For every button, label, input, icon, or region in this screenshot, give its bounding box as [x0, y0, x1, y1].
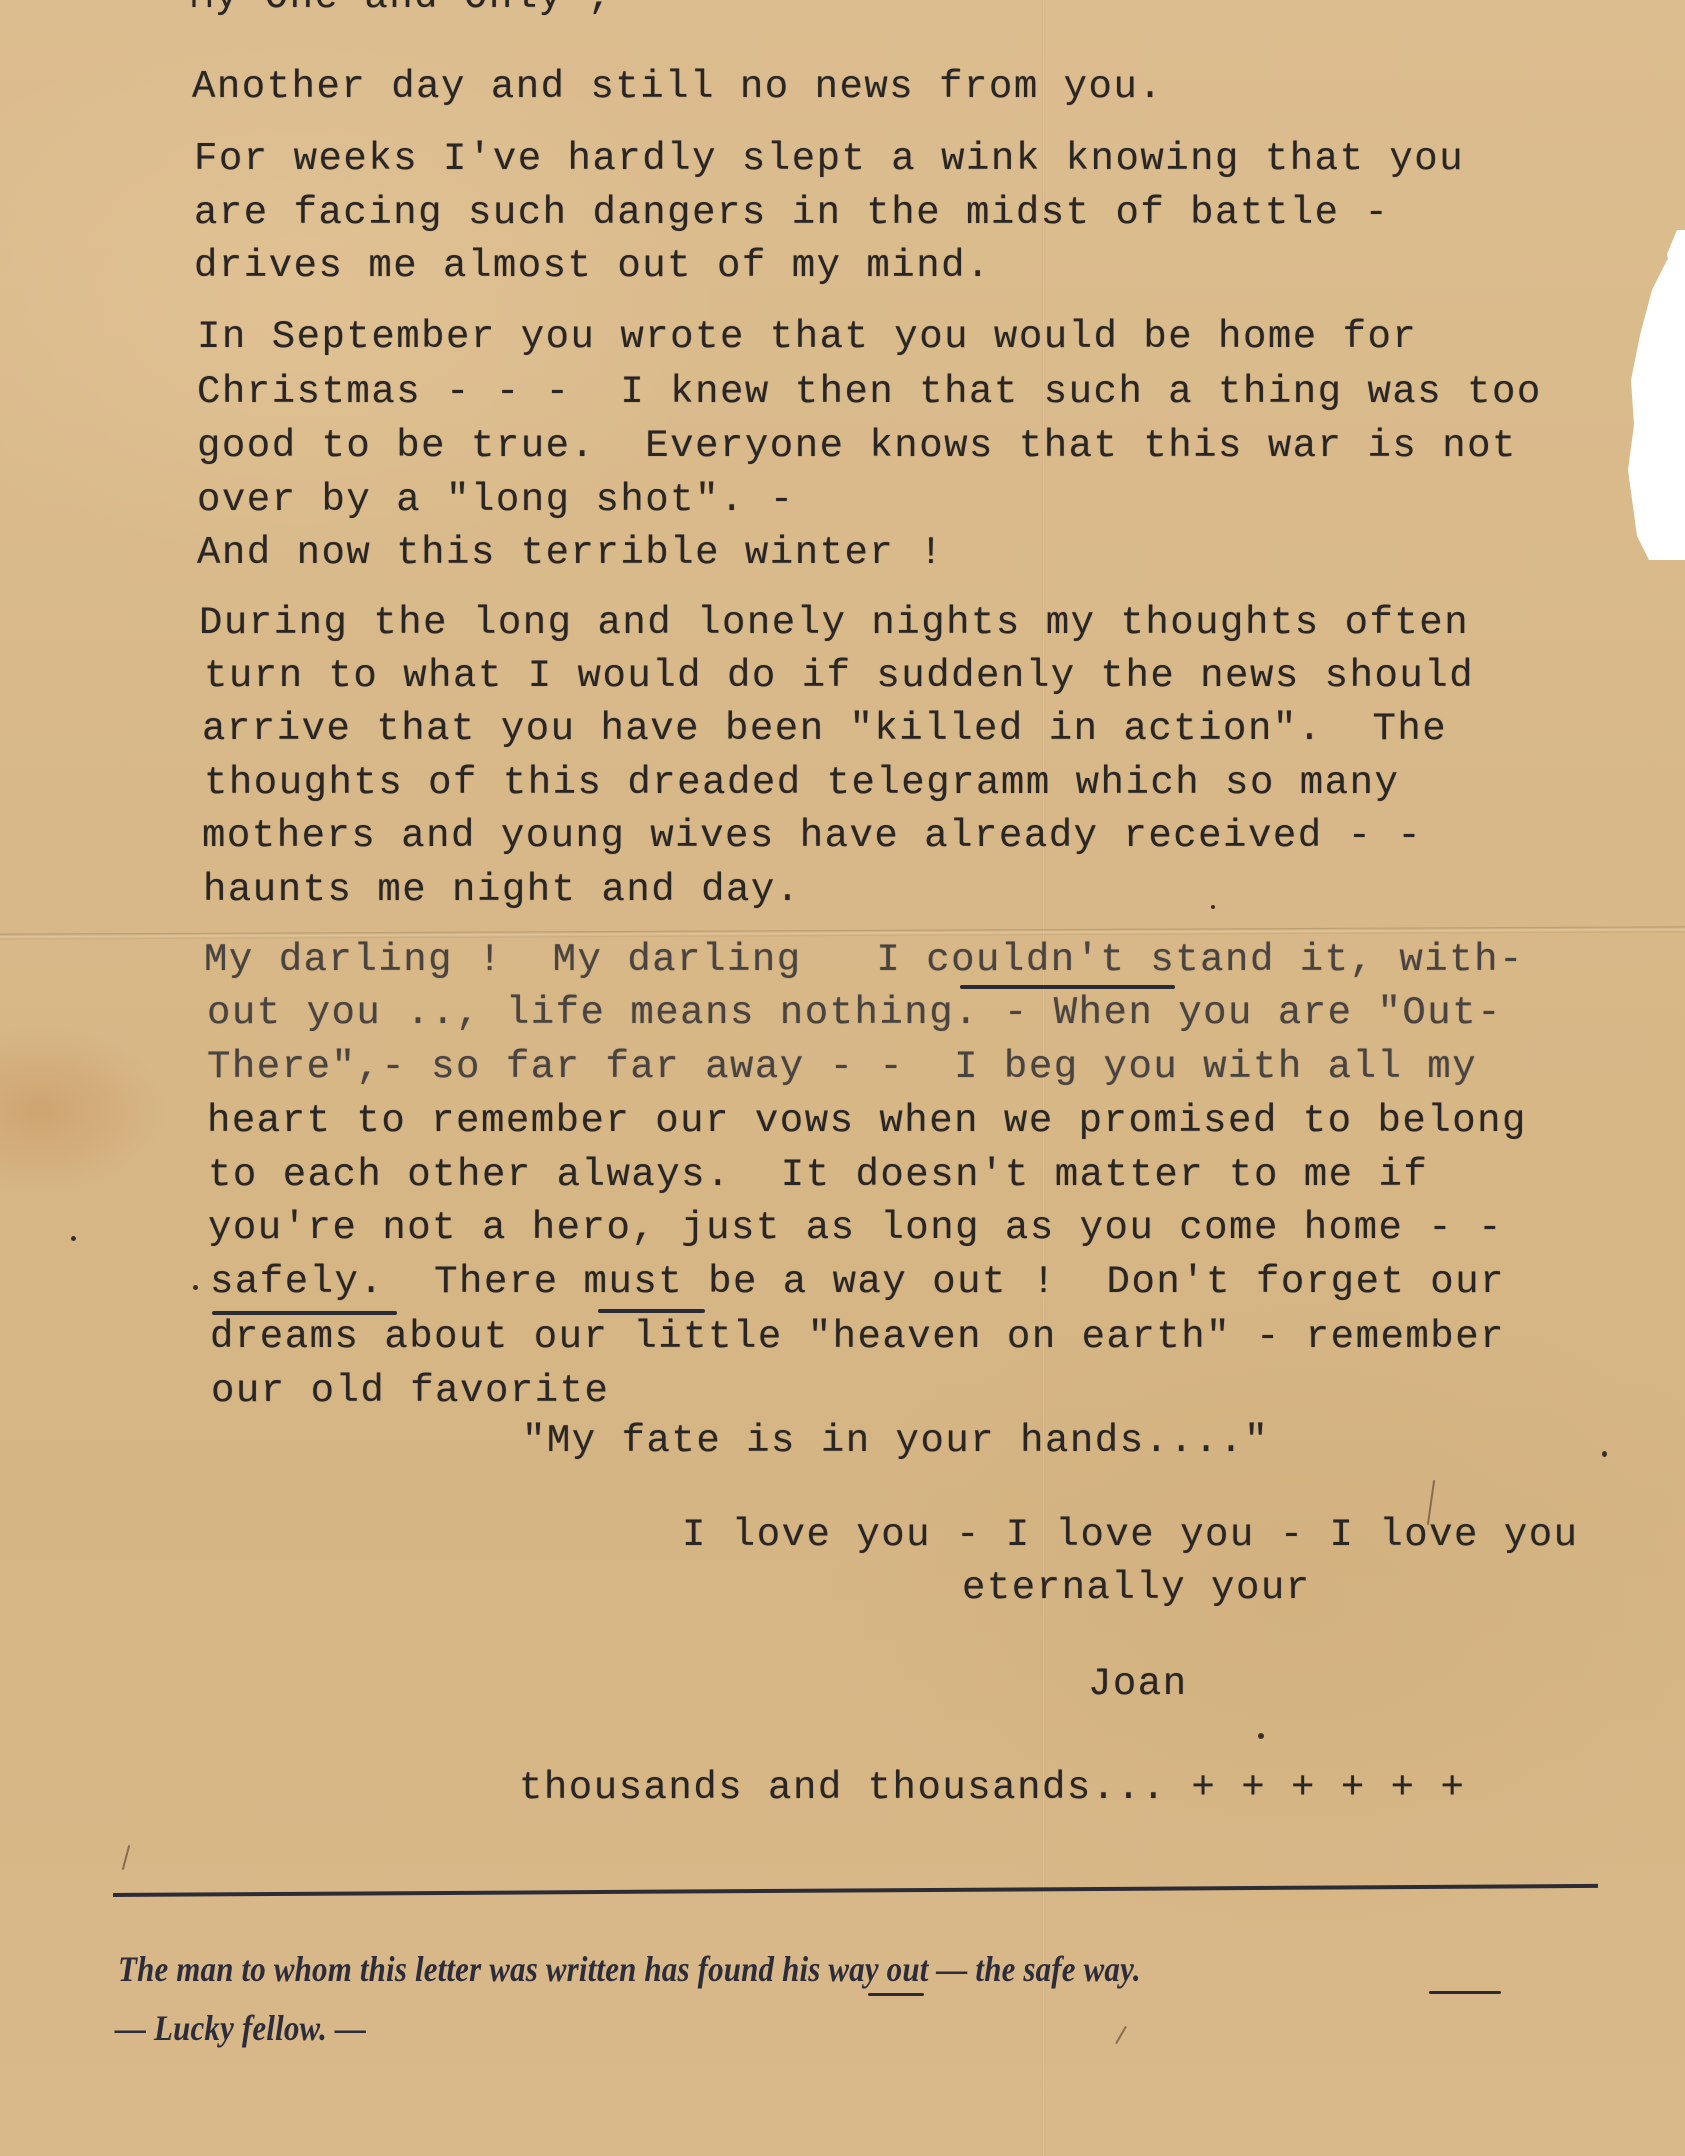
letter-line: thoughts of this dreaded telegramm which… — [204, 764, 1399, 803]
letter-line: safely. There must be a way out ! Don't … — [210, 1263, 1505, 1302]
quote-line: "My fate is in your hands...." — [522, 1422, 1269, 1461]
underline-couldnt — [960, 985, 1175, 989]
letter-line: And now this terrible winter ! — [197, 534, 944, 573]
letter-line: For weeks I've hardly slept a wink knowi… — [194, 140, 1464, 179]
letter-line: During the long and lonely nights my tho… — [199, 604, 1469, 643]
underline-must — [598, 1309, 705, 1313]
eternally-line: eternally your — [962, 1569, 1311, 1608]
letter-line: mothers and young wives have already rec… — [202, 817, 1422, 856]
letter-line: There",- so far far away - - I beg you w… — [207, 1048, 1477, 1087]
letter-line: over by a "long shot". - — [197, 481, 795, 520]
paper-speck — [1258, 1733, 1264, 1739]
letter-line: In September you wrote that you would be… — [197, 318, 1417, 357]
letter-line: Another day and still no news from you. — [192, 68, 1163, 107]
letter-line: out you .., life means nothing. - When y… — [207, 994, 1502, 1033]
paper-speck — [193, 1285, 198, 1290]
paper-speck — [1211, 905, 1215, 909]
footer-note-line2: — Lucky fellow. — — [115, 2007, 366, 2049]
letter-line: haunts me night and day. — [203, 871, 801, 910]
signature: Joan — [1088, 1665, 1188, 1704]
paper-speck — [1602, 1451, 1607, 1457]
love-line: I love you - I love you - I love you — [682, 1516, 1579, 1555]
underline-safe — [1429, 1991, 1501, 1994]
letter-line: Christmas - - - I knew then that such a … — [197, 373, 1542, 412]
letter-line: heart to remember our vows when we promi… — [207, 1102, 1527, 1141]
letter-line: drives me almost out of my mind. — [194, 247, 991, 286]
salutation: My One and Only , — [190, 0, 613, 17]
underline-has — [868, 1993, 924, 1996]
paper-speck — [71, 1236, 76, 1241]
letter-line: you're not a hero, just as long as you c… — [208, 1209, 1503, 1248]
letter-line: our old favorite — [211, 1372, 609, 1411]
letter-line: good to be true. Everyone knows that thi… — [197, 427, 1517, 466]
letter-line: are facing such dangers in the midst of … — [194, 194, 1389, 233]
letter-line: arrive that you have been "killed in act… — [202, 710, 1447, 749]
postscript-line: thousands and thousands... + + + + + + — [519, 1769, 1465, 1808]
letter-line: turn to what I would do if suddenly the … — [204, 657, 1474, 696]
letter-line: dreams about our little "heaven on earth… — [210, 1318, 1505, 1357]
footer-note-line1: The man to whom this letter was written … — [118, 1948, 1141, 1990]
letter-line: to each other always. It doesn't matter … — [208, 1156, 1428, 1195]
letter-line: My darling ! My darling I couldn't stand… — [204, 941, 1524, 980]
